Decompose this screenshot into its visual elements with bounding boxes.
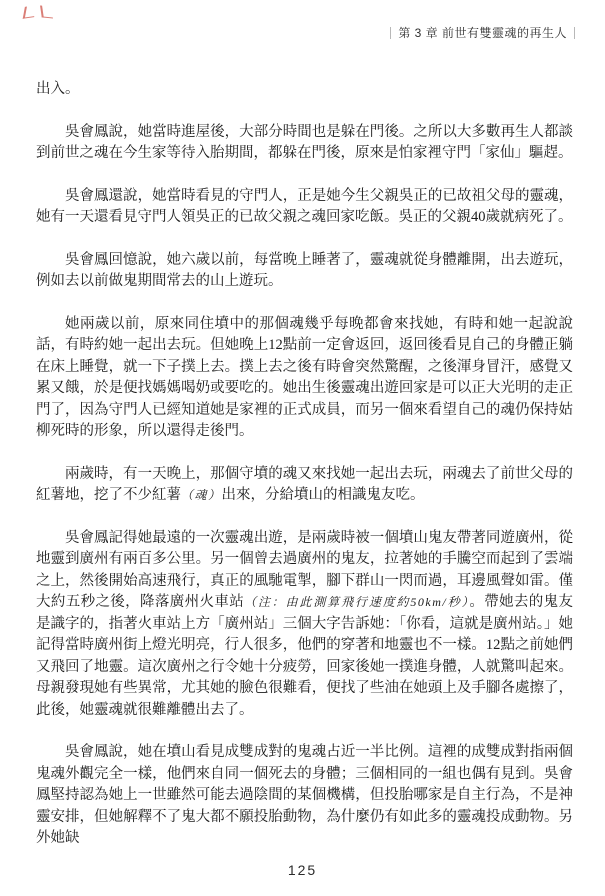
red-ink-marks — [24, 6, 52, 18]
red-ink-stroke — [23, 5, 37, 18]
book-page: 第 3 章 前世有雙靈魂的再生人 出入。吳會鳳說，她當時進屋後，大部分時間也是躲… — [0, 0, 605, 896]
text-segment: 吳會鳳說，她當時進屋後，大部分時間也是躲在門後。之所以大多數再生人都談到前世之魂… — [36, 124, 573, 162]
paragraph: 兩歲時，有一天晚上，那個守墳的魂又來找她一起出去玩，兩魂去了前世父母的紅薯地，挖… — [36, 464, 573, 507]
page-body: 出入。吳會鳳說，她當時進屋後，大部分時間也是躲在門後。之所以大多數再生人都談到前… — [36, 79, 573, 850]
running-head: 第 3 章 前世有雙靈魂的再生人 — [398, 24, 567, 41]
text-segment: 她兩歲以前，原來同住墳中的那個魂幾乎每晚都會來找她，有時和她一起說說話，有時約她… — [36, 316, 573, 440]
text-segment: 出來，分給墳山的相識鬼友吃。 — [222, 487, 425, 503]
text-segment: 吳會鳳還說，她當時看見的守門人，正是她今生父親吳正的已故祖父母的靈魂，她有一天還… — [36, 188, 573, 226]
paragraph: 吳會鳳還說，她當時看見的守門人，正是她今生父親吳正的已故祖父母的靈魂，她有一天還… — [36, 186, 573, 229]
paragraph: 出入。 — [36, 79, 573, 101]
page-header: 第 3 章 前世有雙靈魂的再生人 — [390, 24, 575, 41]
text-segment: 。帶她去的鬼友是識字的，指著火車站上方「廣州站」三個大字告訴她：「你看，這就是廣… — [36, 594, 573, 718]
page-number: 125 — [0, 862, 605, 878]
text-segment: 出入。 — [36, 81, 80, 97]
paragraph: 吳會鳳回憶說，她六歲以前，每當晚上睡著了，靈魂就從身體離開，出去遊玩，例如去以前… — [36, 250, 573, 293]
inline-note: （魂） — [181, 488, 222, 502]
inline-note: （注：由此測算飛行速度約50km/秒） — [244, 595, 469, 609]
paragraph: 吳會鳳記得她最遠的一次靈魂出遊，是兩歲時被一個墳山鬼友帶著同遊廣州，從地靈到廣州… — [36, 528, 573, 722]
paragraph: 吳會鳳說，她在墳山看見成雙成對的鬼魂占近一半比例。這裡的成雙成對指兩個鬼魂外觀完… — [36, 742, 573, 850]
header-divider-right — [574, 27, 575, 39]
red-ink-stroke — [40, 5, 53, 18]
paragraph: 吳會鳳說，她當時進屋後，大部分時間也是躲在門後。之所以大多數再生人都談到前世之魂… — [36, 122, 573, 165]
header-divider-left — [390, 27, 391, 39]
text-segment: 吳會鳳說，她在墳山看見成雙成對的鬼魂占近一半比例。這裡的成雙成對指兩個鬼魂外觀完… — [36, 744, 573, 846]
paragraph: 她兩歲以前，原來同住墳中的那個魂幾乎每晚都會來找她，有時和她一起說說話，有時約她… — [36, 314, 573, 443]
text-segment: 吳會鳳回憶說，她六歲以前，每當晚上睡著了，靈魂就從身體離開，出去遊玩，例如去以前… — [36, 252, 573, 290]
